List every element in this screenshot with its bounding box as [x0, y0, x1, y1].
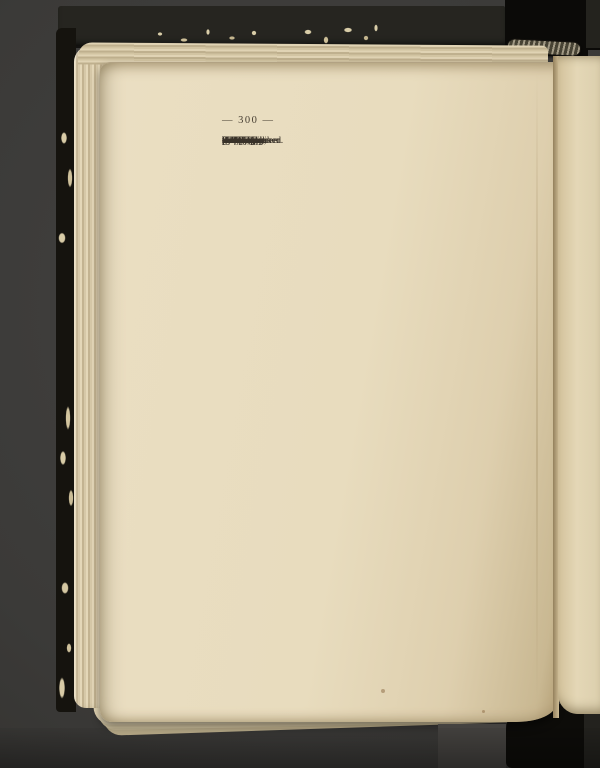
foxing-spot: [381, 689, 385, 693]
page-number: — 300 —: [222, 114, 275, 128]
book-page: [100, 62, 556, 722]
foxing-spot: [482, 710, 485, 713]
floor-shadow: [0, 728, 600, 768]
book-cover-top-edge: [58, 6, 505, 48]
text-line: zes doesons (Bingin, Batoegadja, Ambatja…: [222, 134, 271, 147]
facing-page-edge: [558, 56, 600, 714]
page-crease: [536, 72, 538, 708]
marbled-cover-edge: [56, 28, 76, 712]
photo-backdrop: — 300 — kende visschen. Ook sommige, in …: [0, 0, 600, 768]
book-cover-corner: [586, 0, 600, 50]
